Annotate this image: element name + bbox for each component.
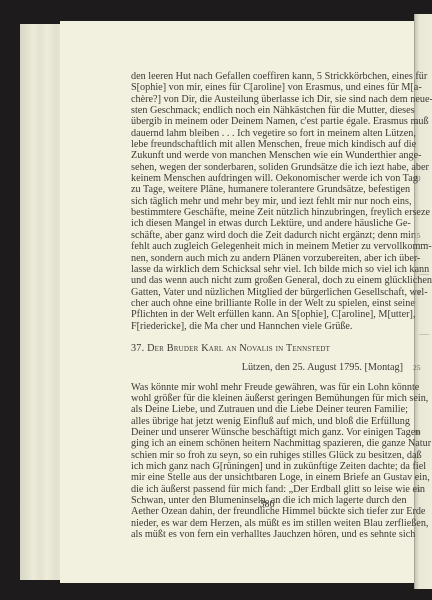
line-text: sich täglich mehr und mehr bey mir, und … xyxy=(131,196,412,207)
text-line: zu Tage, weitere Pläne, humanere toleran… xyxy=(131,184,403,195)
line-number: 20 xyxy=(413,287,421,298)
line-text: übergib in meinem oder Deinem Namen, c'e… xyxy=(131,116,429,127)
dateline-text: Lützen, den 25. August 1795. [Montag] xyxy=(242,362,403,373)
section-gap xyxy=(131,354,403,362)
text-line: mir eine Stelle aus der unsichtbaren Log… xyxy=(131,472,403,483)
text-line: dauernd lahm bleiben . . . Ich vegetire … xyxy=(131,128,403,139)
text-line: ich diesen Mangel in etwas durch Lektüre… xyxy=(131,218,403,229)
letter-body: Was könnte mir wohl mehr Freude gewähren… xyxy=(131,382,403,541)
line-text: den leeren Hut nach Gefallen coeffiren k… xyxy=(131,71,427,82)
text-line: F[riedericke], die Ma cher und Hannchen … xyxy=(131,321,403,332)
page-text-block: den leeren Hut nach Gefallen coeffiren k… xyxy=(131,71,403,540)
text-line: als müßt es von fern ein verhalltes Jauc… xyxy=(131,529,403,540)
section-gap xyxy=(131,374,403,382)
line-text: Zukunft und werde von manchen Menschen w… xyxy=(131,150,422,161)
line-text: als müßt es von fern ein verhalltes Jauc… xyxy=(131,529,415,540)
text-line: S[ophie] von mir, eines für C[aroline] v… xyxy=(131,82,403,93)
text-line: bestimmtere Geschäfte, meine Zeit nützli… xyxy=(131,207,403,218)
line-text: dauernd lahm bleiben . . . Ich vegetire … xyxy=(131,128,416,139)
line-text: nen, sondern auch mich zu andern Plänen … xyxy=(131,253,420,264)
text-line: Zukunft und werde von manchen Menschen w… xyxy=(131,150,403,161)
line-text: zu Tage, weitere Pläne, humanere toleran… xyxy=(131,184,410,195)
book-page-edges xyxy=(20,24,65,580)
text-line: fehlt auch zugleich Gelegenheit mich in … xyxy=(131,241,403,252)
text-line: lebe freundschaftlich mit allen Menschen… xyxy=(131,139,403,150)
text-line: die ich äußerst passend für mich fand: „… xyxy=(131,484,403,495)
line-text: Deiner und unserer Wünsche beschäftigt m… xyxy=(131,427,420,438)
line-text: wohl größer für die kleinen äußerst geri… xyxy=(131,393,428,404)
line-number: 25 xyxy=(413,362,421,373)
line-text: schäfte, aber ganz wird doch die Zeit da… xyxy=(131,230,414,241)
line-text: Was könnte mir wohl mehr Freude gewähren… xyxy=(131,382,419,393)
text-line: Gatten, Vater und nüzlichen Mitglied der… xyxy=(131,287,403,298)
line-text: als Deine Liebe, und Zutrauen und die Li… xyxy=(131,404,408,415)
text-line: schien mir so froh zu seyn, so ein ruhig… xyxy=(131,450,403,461)
line-number: 10 xyxy=(413,173,421,184)
letter-heading: 37. Der Bruder Karl an Novalis in Tennst… xyxy=(131,343,403,354)
text-line: chère?] von Dir, die Austeilung überlass… xyxy=(131,94,403,105)
text-line: wohl größer für die kleinen äußerst geri… xyxy=(131,393,403,404)
text-line: ging ich an einem schönen heitern Nachmi… xyxy=(131,438,403,449)
line-text: Pflichten in der Welt erfüllen kann. An … xyxy=(131,309,415,320)
text-line: und das wenn auch nicht zum großen Gener… xyxy=(131,275,403,286)
line-text: cher auch ohne eine brilliante Rolle in … xyxy=(131,298,415,309)
line-text: ich mich ganz nach G[rüningen] und in zu… xyxy=(131,461,426,472)
line-text: ging ich an einem schönen heitern Nachmi… xyxy=(131,438,431,449)
line-text: die ich äußerst passend für mich fand: „… xyxy=(131,484,425,495)
line-text: alles übrige hat jetzt wenig Einfluß auf… xyxy=(131,416,410,427)
text-line: nieder, es war dem Herzen, als müßt es i… xyxy=(131,518,403,529)
text-line: sehen, wegen der sonderbaren, soliden Gr… xyxy=(131,162,403,173)
text-line: Was könnte mir wohl mehr Freude gewähren… xyxy=(131,382,403,393)
line-text: S[ophie] von mir, eines für C[aroline] v… xyxy=(131,82,422,93)
page-number: 386 xyxy=(131,499,403,510)
line-text: lebe freundschaftlich mit allen Menschen… xyxy=(131,139,416,150)
line-number: 5 xyxy=(413,116,417,127)
text-line: lasse da wirklich dem Schicksal sehr vie… xyxy=(131,264,403,275)
text-line: sich täglich mehr und mehr bey mir, und … xyxy=(131,196,403,207)
line-text: F[riedericke], die Ma cher und Hannchen … xyxy=(131,321,352,332)
line-text: sehen, wegen der sonderbaren, soliden Gr… xyxy=(131,162,429,173)
text-line: cher auch ohne eine brilliante Rolle in … xyxy=(131,298,403,309)
text-line: sten Geschmack; endlich noch ein Nähkäst… xyxy=(131,105,403,116)
line-text: bestimmtere Geschäfte, meine Zeit nützli… xyxy=(131,207,430,218)
text-line: den leeren Hut nach Gefallen coeffiren k… xyxy=(131,71,403,82)
line-text: Gatten, Vater und nüzlichen Mitglied der… xyxy=(131,287,428,298)
line-text: chère?] von Dir, die Austeilung überlass… xyxy=(131,94,432,105)
line-text: ich diesen Mangel in etwas durch Lektüre… xyxy=(131,218,411,229)
letter-dateline: Lützen, den 25. August 1795. [Montag] 25 xyxy=(131,362,403,373)
text-line: Pflichten in der Welt erfüllen kann. An … xyxy=(131,309,403,320)
line-text: mir eine Stelle aus der unsichtbaren Log… xyxy=(131,472,430,483)
text-line: als Deine Liebe, und Zutrauen und die Li… xyxy=(131,404,403,415)
letter-continuation: den leeren Hut nach Gefallen coeffiren k… xyxy=(131,71,403,332)
text-line: übergib in meinem oder Deinem Namen, c'e… xyxy=(131,116,403,127)
text-line: schäfte, aber ganz wird doch die Zeit da… xyxy=(131,230,403,241)
line-number: 30 xyxy=(413,427,421,438)
text-line: Deiner und unserer Wünsche beschäftigt m… xyxy=(131,427,403,438)
text-line: ich mich ganz nach G[rüningen] und in zu… xyxy=(131,461,403,472)
text-line: nen, sondern auch mich zu andern Plänen … xyxy=(131,253,403,264)
line-text: lasse da wirklich dem Schicksal sehr vie… xyxy=(131,264,429,275)
text-line: keinem Menschen aufdringen will. Oekonom… xyxy=(131,173,403,184)
line-text: keinem Menschen aufdringen will. Oekonom… xyxy=(131,173,418,184)
section-gap xyxy=(131,332,403,343)
line-text: fehlt auch zugleich Gelegenheit mich in … xyxy=(131,241,432,252)
text-line: alles übrige hat jetzt wenig Einfluß auf… xyxy=(131,416,403,427)
line-number: 35 xyxy=(413,484,421,495)
line-text: schien mir so froh zu seyn, so ein ruhig… xyxy=(131,450,422,461)
line-text: sten Geschmack; endlich noch ein Nähkäst… xyxy=(131,105,415,116)
line-text: nieder, es war dem Herzen, als müßt es i… xyxy=(131,518,428,529)
line-number: 15 xyxy=(413,230,421,241)
line-text: und das wenn auch nicht zum großen Gener… xyxy=(131,275,432,286)
